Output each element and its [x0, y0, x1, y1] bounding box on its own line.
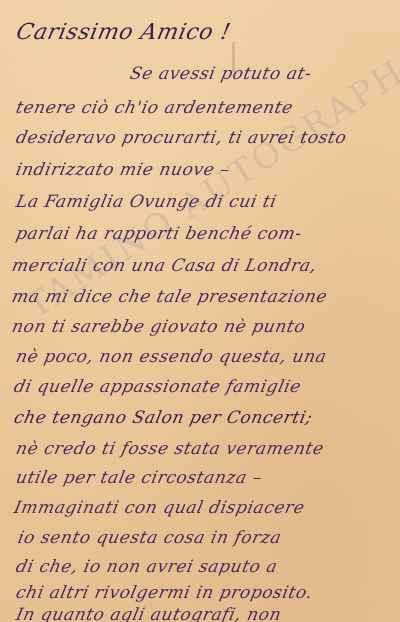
letter-line: merciali con una Casa di Londra,	[10, 256, 319, 276]
letter-line: In quanto agli autografi, non	[14, 605, 283, 622]
letter-line: di che, io non avrei saputo a	[14, 557, 279, 577]
letter-line: utile per tale circostanza –	[14, 468, 264, 488]
letter-line: io sento questa cosa in forza	[16, 528, 283, 548]
letter-line: indirizzato mie nuove –	[14, 160, 232, 180]
letter-line: di quelle appassionate famiglie	[12, 377, 303, 397]
letter-line: nè poco, non essendo questa, una	[14, 347, 329, 367]
letter-line: non ti sarebbe giovato nè punto	[10, 317, 307, 337]
salutation: Carissimo Amico !	[14, 20, 233, 45]
letter-line: che tengano Salon per Concerti;	[12, 408, 314, 428]
letter-line: tenere ciò ch'io ardentemente	[14, 98, 295, 118]
letter-line: desideravo procurarti, ti avrei tosto	[14, 128, 348, 148]
letter-line: nè credo ti fosse stata veramente	[14, 439, 326, 459]
letter-line: La Famiglia Ovunge di cui ti	[14, 192, 279, 212]
letter-line: parlai ha rapporti benché com-	[14, 224, 304, 244]
letter-line: ma mi dice che tale presentazione	[10, 287, 329, 307]
letter-line: chi altri rivolgermi in proposito.	[14, 583, 315, 603]
letter-line: Immaginati con qual dispiacere	[12, 498, 307, 518]
letter-line: Se avessi potuto at-	[128, 64, 314, 84]
